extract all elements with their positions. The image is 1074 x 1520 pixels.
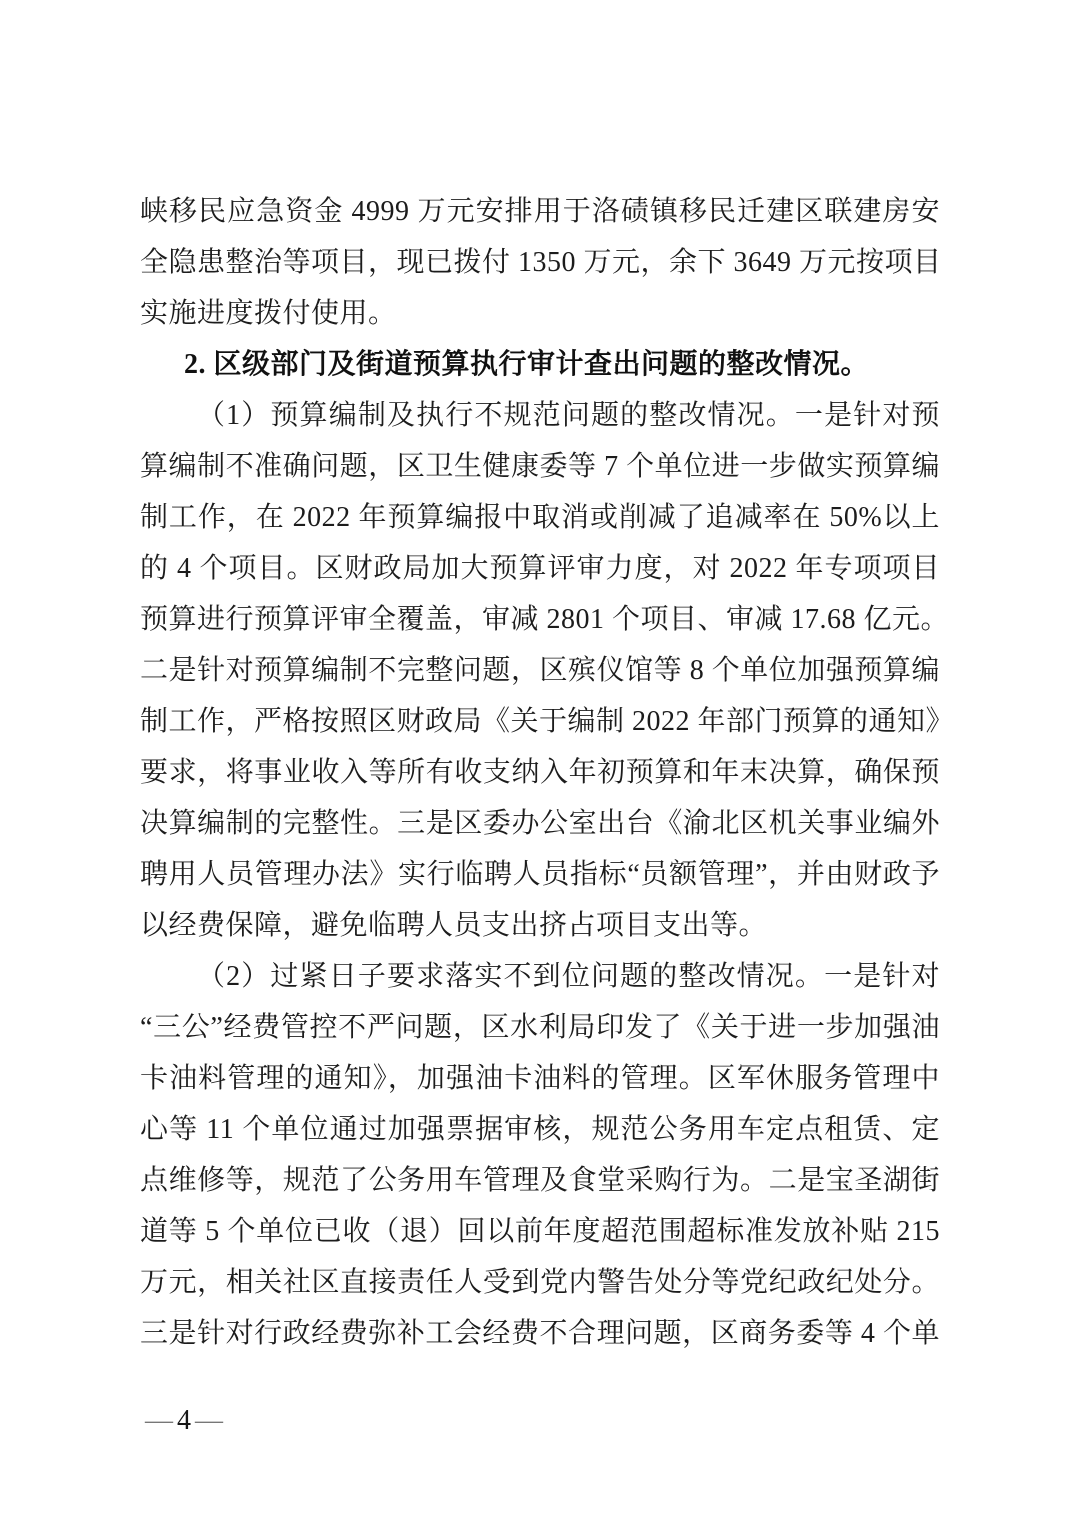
text-line: 三是针对行政经费弥补工会经费不合理问题，区商务委等 4 个单 [140, 1308, 940, 1359]
text-line: 预算进行预算评审全覆盖，审减 2801 个项目、审减 17.68 亿元。 [140, 594, 940, 645]
page-number: —4— [141, 1404, 227, 1438]
text-line: 制工作，在 2022 年预算编报中取消或削减了追减率在 50%以上 [140, 492, 940, 543]
document-page: 峡移民应急资金 4999 万元安排用于洛碛镇移民迁建区联建房安全隐患整治等项目，… [0, 0, 1074, 1520]
text-line: 算编制不准确问题，区卫生健康委等 7 个单位进一步做实预算编 [140, 441, 940, 492]
text-line: “三公”经费管控不严问题，区水利局印发了《关于进一步加强油 [140, 1002, 940, 1053]
text-line: （2）过紧日子要求落实不到位问题的整改情况。一是针对 [140, 951, 940, 1002]
page-number-value: 4 [177, 1405, 191, 1436]
text-line: 实施进度拨付使用。 [140, 288, 940, 339]
text-line: 决算编制的完整性。三是区委办公室出台《渝北区机关事业编外 [140, 798, 940, 849]
section-heading: 2. 区级部门及街道预算执行审计查出问题的整改情况。 [140, 339, 940, 390]
page-number-dash-right: — [191, 1405, 227, 1436]
text-line: 全隐患整治等项目，现已拨付 1350 万元，余下 3649 万元按项目 [140, 237, 940, 288]
text-line: 二是针对预算编制不完整问题，区殡仪馆等 8 个单位加强预算编 [140, 645, 940, 696]
text-line: 要求，将事业收入等所有收支纳入年初预算和年末决算，确保预 [140, 747, 940, 798]
text-line: 心等 11 个单位通过加强票据审核，规范公务用车定点租赁、定 [140, 1104, 940, 1155]
document-body: 峡移民应急资金 4999 万元安排用于洛碛镇移民迁建区联建房安全隐患整治等项目，… [140, 186, 940, 1359]
text-line: 峡移民应急资金 4999 万元安排用于洛碛镇移民迁建区联建房安 [140, 186, 940, 237]
text-line: 万元，相关社区直接责任人受到党内警告处分等党纪政纪处分。 [140, 1257, 940, 1308]
text-line: 的 4 个项目。区财政局加大预算评审力度，对 2022 年专项项目 [140, 543, 940, 594]
text-line: 卡油料管理的通知》，加强油卡油料的管理。区军休服务管理中 [140, 1053, 940, 1104]
text-line: 道等 5 个单位已收（退）回以前年度超范围超标准发放补贴 215 [140, 1206, 940, 1257]
text-line: 制工作，严格按照区财政局《关于编制 2022 年部门预算的通知》 [140, 696, 940, 747]
page-number-dash-left: — [141, 1405, 177, 1436]
text-line: （1）预算编制及执行不规范问题的整改情况。一是针对预 [140, 390, 940, 441]
text-line: 聘用人员管理办法》实行临聘人员指标“员额管理”，并由财政予 [140, 849, 940, 900]
text-line: 点维修等，规范了公务用车管理及食堂采购行为。二是宝圣湖街 [140, 1155, 940, 1206]
text-line: 以经费保障，避免临聘人员支出挤占项目支出等。 [140, 900, 940, 951]
